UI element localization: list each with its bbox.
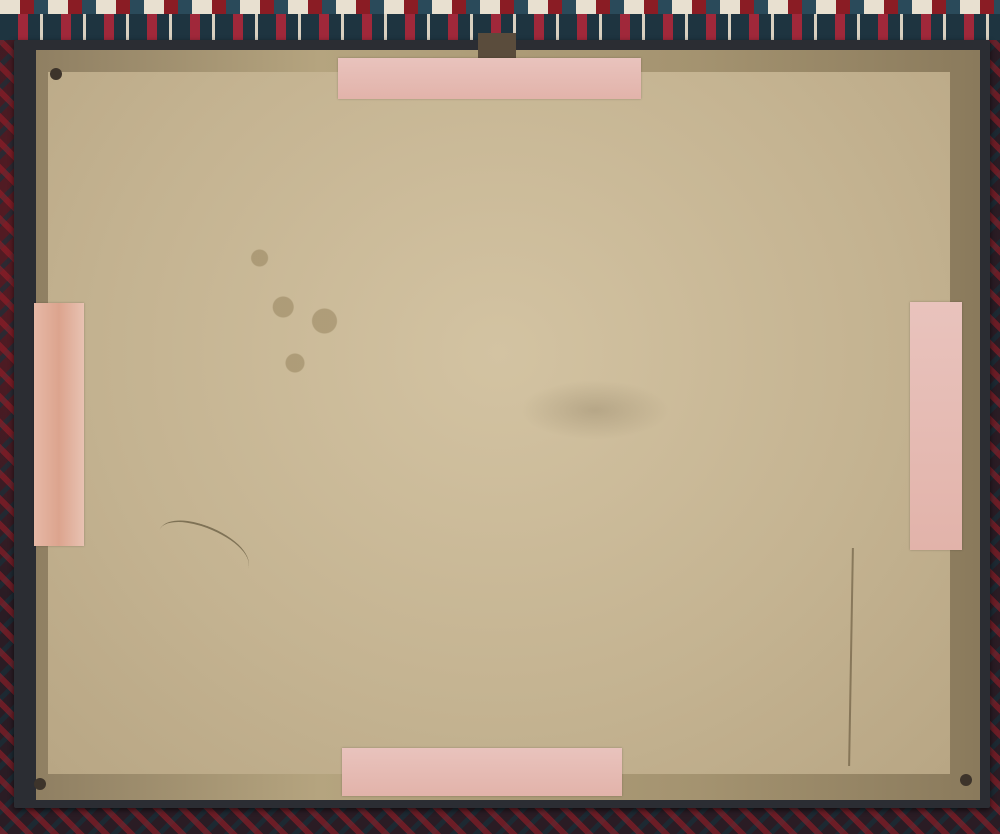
smudge-mark — [520, 380, 670, 440]
rug-border-top — [0, 0, 1000, 14]
hanging-tab — [478, 33, 516, 58]
paper-backing — [48, 72, 950, 774]
tape-top — [338, 58, 641, 99]
tape-bottom — [342, 748, 622, 796]
nail-icon — [34, 778, 46, 790]
nail-icon — [50, 68, 62, 80]
tape-left — [34, 303, 84, 546]
nail-icon — [960, 774, 972, 786]
tape-right — [910, 302, 962, 550]
water-stain — [236, 244, 354, 384]
